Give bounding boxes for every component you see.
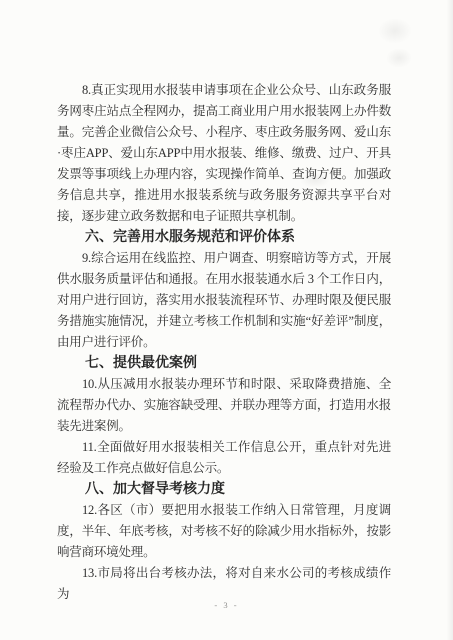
paragraph-item-8: 8.真正实现用水报装申请事项在企业公众号、山东政务服务网枣庄站点全程网办，提高工…	[57, 80, 391, 227]
scan-edge-shadow	[446, 0, 453, 640]
scan-smudge	[386, 48, 412, 68]
paragraph-item-9: 9.综合运用在线监控、用户调查、明察暗访等方式，开展供水服务质量评估和通报。在用…	[57, 248, 391, 353]
page-number: - 3 -	[0, 600, 453, 610]
paragraph-item-11: 11.全面做好用水报装相关工作信息公开，重点针对先进经验及工作亮点做好信息公示。	[57, 437, 391, 479]
paragraph-item-12: 12.各区（市）要把用水报装工作纳入日常管理，月度调度，半年、年底考核，对考核不…	[57, 500, 391, 563]
paragraph-item-10: 10.从压减用水报装办理环节和时限、采取降费措施、全流程帮办代办、实施容缺受理、…	[57, 374, 391, 437]
document-page: 8.真正实现用水报装申请事项在企业公众号、山东政务服务网枣庄站点全程网办，提高工…	[0, 0, 453, 640]
section-heading-7: 七、提供最优案例	[57, 353, 391, 374]
paragraph-item-13: 13.市局将出台考核办法，将对自来水公司的考核成绩作为	[57, 563, 391, 605]
document-body: 8.真正实现用水报装申请事项在企业公众号、山东政务服务网枣庄站点全程网办，提高工…	[57, 80, 391, 605]
scan-smudge	[378, 18, 412, 44]
section-heading-6: 六、完善用水服务规范和评价体系	[57, 227, 391, 248]
section-heading-8: 八、加大督导考核力度	[57, 479, 391, 500]
